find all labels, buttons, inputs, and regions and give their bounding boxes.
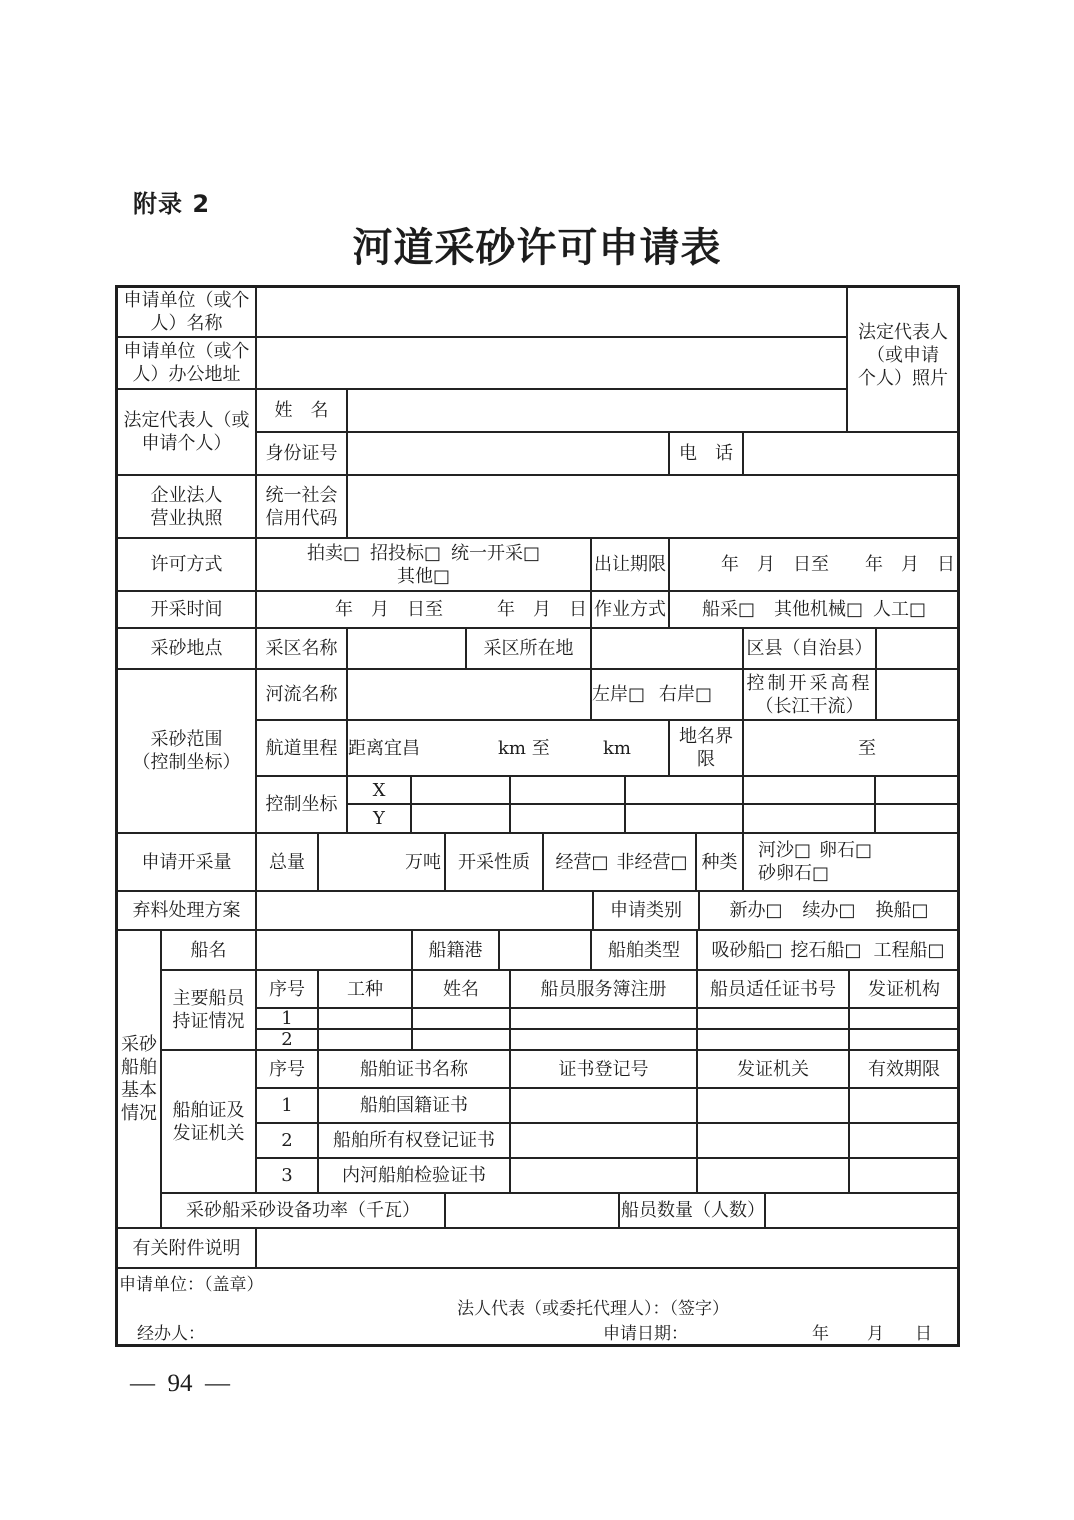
crew-section-label: 主要船员 持证情况: [160, 969, 257, 1051]
cert-2-issuer-field[interactable]: [696, 1122, 850, 1159]
applicant-seal-label: 申请单位：（盖章）: [119, 1270, 264, 1295]
operation-mode-label: 作业方式: [590, 590, 670, 629]
control-coords-label: 控制坐标: [255, 775, 348, 834]
crew-header-name: 姓名: [411, 969, 511, 1009]
legal-rep-sign-label: 法人代表（或委托代理人）：（签字）: [457, 1294, 729, 1319]
applicant-address-field[interactable]: [255, 336, 848, 390]
phone-label: 电 话: [668, 431, 744, 476]
crew-1-issuer-field[interactable]: [848, 1007, 960, 1030]
page-number: — 94 —: [130, 1370, 230, 1398]
crew-row-2-no: 2: [255, 1028, 319, 1051]
cert-2-validity-field[interactable]: [848, 1122, 960, 1159]
crew-count-label: 船员数量（人数）: [618, 1192, 766, 1229]
credit-code-field[interactable]: [346, 474, 960, 539]
phone-field[interactable]: [742, 431, 960, 476]
certs-section-label: 船舶证及 发证机关: [160, 1049, 257, 1194]
coord-y-label: Y: [346, 803, 412, 834]
cert-header-issuer: 发证机关: [696, 1049, 850, 1089]
cert-2-reg-no-field[interactable]: [509, 1122, 698, 1159]
checkbox-stone-dredger[interactable]: 挖石船□: [790, 939, 861, 962]
equipment-power-label: 采砂船采砂设备功率（千瓦）: [160, 1192, 446, 1229]
elevation-label: 控制开采高程 （长江干流）: [742, 668, 877, 721]
checkbox-sand-pebble[interactable]: 砂卵石□: [758, 863, 829, 884]
coord-y-field-5[interactable]: [874, 803, 960, 834]
transfer-term-field[interactable]: 年 月 日至 年 月 日: [668, 537, 960, 592]
checkbox-unified-mining[interactable]: 统一开采□: [451, 543, 540, 564]
cert-row-1-name: 船舶国籍证书: [317, 1087, 511, 1124]
handler-label: 经办人：: [137, 1319, 205, 1344]
channel-km: km: [603, 737, 631, 760]
area-location-label: 采区所在地: [465, 627, 592, 670]
crew-2-service-book-field[interactable]: [509, 1028, 698, 1051]
county-field[interactable]: [875, 627, 960, 670]
coord-x-field-1[interactable]: [410, 775, 511, 805]
coord-y-field-3[interactable]: [624, 803, 744, 834]
date-day-label: 日: [915, 1319, 932, 1344]
checkbox-auction[interactable]: 拍卖□: [307, 543, 360, 564]
coord-x-label: X: [346, 775, 412, 805]
attachments-label: 有关附件说明: [116, 1227, 257, 1269]
crew-header-trade: 工种: [317, 969, 413, 1009]
application-date-label: 申请日期：: [603, 1319, 688, 1344]
crew-1-service-book-field[interactable]: [509, 1007, 698, 1030]
cert-row-2-no: 2: [255, 1122, 319, 1159]
total-quantity-field[interactable]: 万吨: [317, 832, 446, 892]
checkbox-engineering-ship[interactable]: 工程船□: [874, 939, 945, 962]
area-location-field[interactable]: [590, 627, 744, 670]
channel-km-to: km 至: [498, 737, 550, 760]
date-year-label: 年: [812, 1319, 829, 1344]
coord-y-field-2[interactable]: [509, 803, 626, 834]
mining-time-field[interactable]: 年 月 日至 年 月 日: [255, 590, 592, 629]
operation-mode-options: 船采□其他机械□人工□: [668, 590, 960, 629]
coord-y-field-1[interactable]: [410, 803, 511, 834]
crew-2-issuer-field[interactable]: [848, 1028, 960, 1051]
checkbox-pebble[interactable]: 卵石□: [819, 840, 872, 861]
ship-type-options: 吸砂船□挖石船□工程船□: [696, 929, 960, 971]
coord-y-field-4[interactable]: [742, 803, 876, 834]
permit-method-options: 拍卖□招投标□统一开采□ 其他□: [255, 537, 592, 592]
area-name-field[interactable]: [346, 627, 467, 670]
coord-x-field-2[interactable]: [509, 775, 626, 805]
cert-row-2-name: 船舶所有权登记证书: [317, 1122, 511, 1159]
photo-label: 法定代表人 （或申请 个人）照片: [858, 321, 948, 390]
checkbox-bidding[interactable]: 招投标□: [370, 543, 441, 564]
waste-plan-field[interactable]: [255, 890, 594, 931]
waste-plan-label: 弃料处理方案: [116, 890, 257, 931]
quantity-label: 申请开采量: [116, 832, 257, 892]
crew-2-cert-no-field[interactable]: [696, 1028, 850, 1051]
channel-prefix: 距离宜昌: [348, 737, 420, 760]
channel-mileage-label: 航道里程: [255, 719, 348, 777]
applicant-name-field[interactable]: [255, 286, 848, 338]
checkbox-ship-mining[interactable]: 船采□: [702, 598, 755, 621]
equipment-power-field[interactable]: [444, 1192, 620, 1229]
mining-scope-label: 采砂范围 （控制坐标）: [116, 668, 257, 834]
mining-nature-options: 经营□非经营□: [542, 832, 697, 892]
checkbox-right-bank[interactable]: 右岸□: [659, 683, 712, 706]
date-month-label: 月: [867, 1319, 884, 1344]
mining-nature-label: 开采性质: [444, 832, 544, 892]
crew-count-field[interactable]: [764, 1192, 960, 1229]
application-category-options: 新办□续办□换船□: [698, 890, 960, 931]
checkbox-ship-change[interactable]: 换船□: [876, 899, 929, 922]
legal-rep-name-field[interactable]: [346, 388, 848, 433]
channel-mileage-field[interactable]: 距离宜昌 km 至 km: [346, 719, 670, 777]
total-label: 总量: [255, 832, 319, 892]
legal-rep-label: 法定代表人（或 申请个人）: [116, 388, 257, 476]
cert-header-no: 序号: [255, 1049, 319, 1089]
cert-header-reg-no: 证书登记号: [509, 1049, 698, 1089]
elevation-field[interactable]: [875, 668, 960, 721]
checkbox-other-machinery[interactable]: 其他机械□: [774, 598, 863, 621]
place-boundary-to: 至: [858, 737, 876, 760]
ship-type-label: 船舶类型: [590, 929, 698, 971]
area-name-label: 采区名称: [255, 627, 348, 670]
place-boundary-field[interactable]: 至: [742, 719, 960, 777]
checkbox-other-method[interactable]: 其他□: [397, 566, 450, 587]
transfer-term-date: 年 月 日至 年 月 日: [721, 553, 955, 576]
business-license-label: 企业法人 营业执照: [116, 474, 257, 539]
form-title: 河道采砂许可申请表: [0, 224, 1074, 272]
crew-header-service-book: 船员服务簿注册: [509, 969, 698, 1009]
crew-2-trade-field[interactable]: [317, 1028, 413, 1051]
applicant-address-label: 申请单位（或个 人）办公地址: [116, 336, 257, 390]
crew-2-name-field[interactable]: [411, 1028, 511, 1051]
crew-row-1-no: 1: [255, 1007, 319, 1030]
cert-row-3-no: 3: [255, 1157, 319, 1194]
checkbox-new[interactable]: 新办□: [729, 899, 782, 922]
cert-header-validity: 有效期限: [848, 1049, 960, 1089]
document-page: 附录 2 河道采砂许可申请表 申请单位（或个 人）名称 申请单位（或个 人）办公…: [0, 0, 1074, 1520]
name-label: 姓 名: [255, 388, 348, 433]
id-number-label: 身份证号: [255, 431, 348, 476]
coord-x-field-4[interactable]: [742, 775, 876, 805]
elevation-label-line1: 控制开采高程: [747, 672, 873, 695]
crew-header-cert-no: 船员适任证书号: [696, 969, 850, 1009]
cert-3-issuer-field[interactable]: [696, 1157, 850, 1194]
checkbox-manual[interactable]: 人工□: [873, 598, 926, 621]
cert-header-name: 船舶证书名称: [317, 1049, 511, 1089]
vessel-section-label: 采砂 船舶 基本 情况: [116, 929, 162, 1229]
checkbox-left-bank[interactable]: 左岸□: [592, 683, 645, 706]
coord-x-field-5[interactable]: [874, 775, 960, 805]
mining-time-date: 年 月 日至 年 月 日: [335, 598, 587, 621]
checkbox-renewal[interactable]: 续办□: [802, 899, 855, 922]
attachments-field[interactable]: [255, 1227, 960, 1269]
cert-3-validity-field[interactable]: [848, 1157, 960, 1194]
unit-label: 万吨: [405, 851, 441, 874]
crew-header-issuer: 发证机构: [848, 969, 960, 1009]
mining-location-label: 采砂地点: [116, 627, 257, 670]
coord-x-field-3[interactable]: [624, 775, 744, 805]
cert-1-reg-no-field[interactable]: [509, 1087, 698, 1124]
checkbox-river-sand[interactable]: 河沙□: [758, 840, 811, 861]
checkbox-commercial[interactable]: 经营□: [555, 851, 608, 874]
mining-time-label: 开采时间: [116, 590, 257, 629]
appendix-label: 附录 2: [133, 184, 210, 219]
ship-name-field[interactable]: [255, 929, 413, 971]
cert-row-1-no: 1: [255, 1087, 319, 1124]
transfer-term-label: 出让期限: [590, 537, 670, 592]
checkbox-non-commercial[interactable]: 非经营□: [617, 851, 688, 874]
ship-name-label: 船名: [160, 929, 257, 971]
cert-3-reg-no-field[interactable]: [509, 1157, 698, 1194]
bank-options: 左岸□右岸□: [590, 668, 744, 721]
crew-1-name-field[interactable]: [411, 1007, 511, 1030]
photo-box[interactable]: 法定代表人 （或申请 个人）照片: [846, 286, 960, 433]
permit-method-label: 许可方式: [116, 537, 257, 592]
river-name-field[interactable]: [346, 668, 592, 721]
crew-header-no: 序号: [255, 969, 319, 1009]
elevation-label-line2: （长江干流）: [756, 695, 864, 718]
place-boundary-label: 地名界 限: [668, 719, 744, 777]
type-options: 河沙□卵石□ 砂卵石□: [742, 832, 960, 892]
port-of-registry-field[interactable]: [498, 929, 592, 971]
checkbox-suction-dredger[interactable]: 吸砂船□: [711, 939, 782, 962]
cert-row-3-name: 内河船舶检验证书: [317, 1157, 511, 1194]
application-category-label: 申请类别: [592, 890, 700, 931]
crew-1-cert-no-field[interactable]: [696, 1007, 850, 1030]
river-name-label: 河流名称: [255, 668, 348, 721]
credit-code-label: 统一社会 信用代码: [255, 474, 348, 539]
cert-1-validity-field[interactable]: [848, 1087, 960, 1124]
crew-1-trade-field[interactable]: [317, 1007, 413, 1030]
port-of-registry-label: 船籍港: [411, 929, 500, 971]
cert-1-issuer-field[interactable]: [696, 1087, 850, 1124]
applicant-name-label: 申请单位（或个 人）名称: [116, 286, 257, 338]
county-label: 区县（自治县）: [742, 627, 877, 670]
id-number-field[interactable]: [346, 431, 670, 476]
type-label: 种类: [695, 832, 744, 892]
